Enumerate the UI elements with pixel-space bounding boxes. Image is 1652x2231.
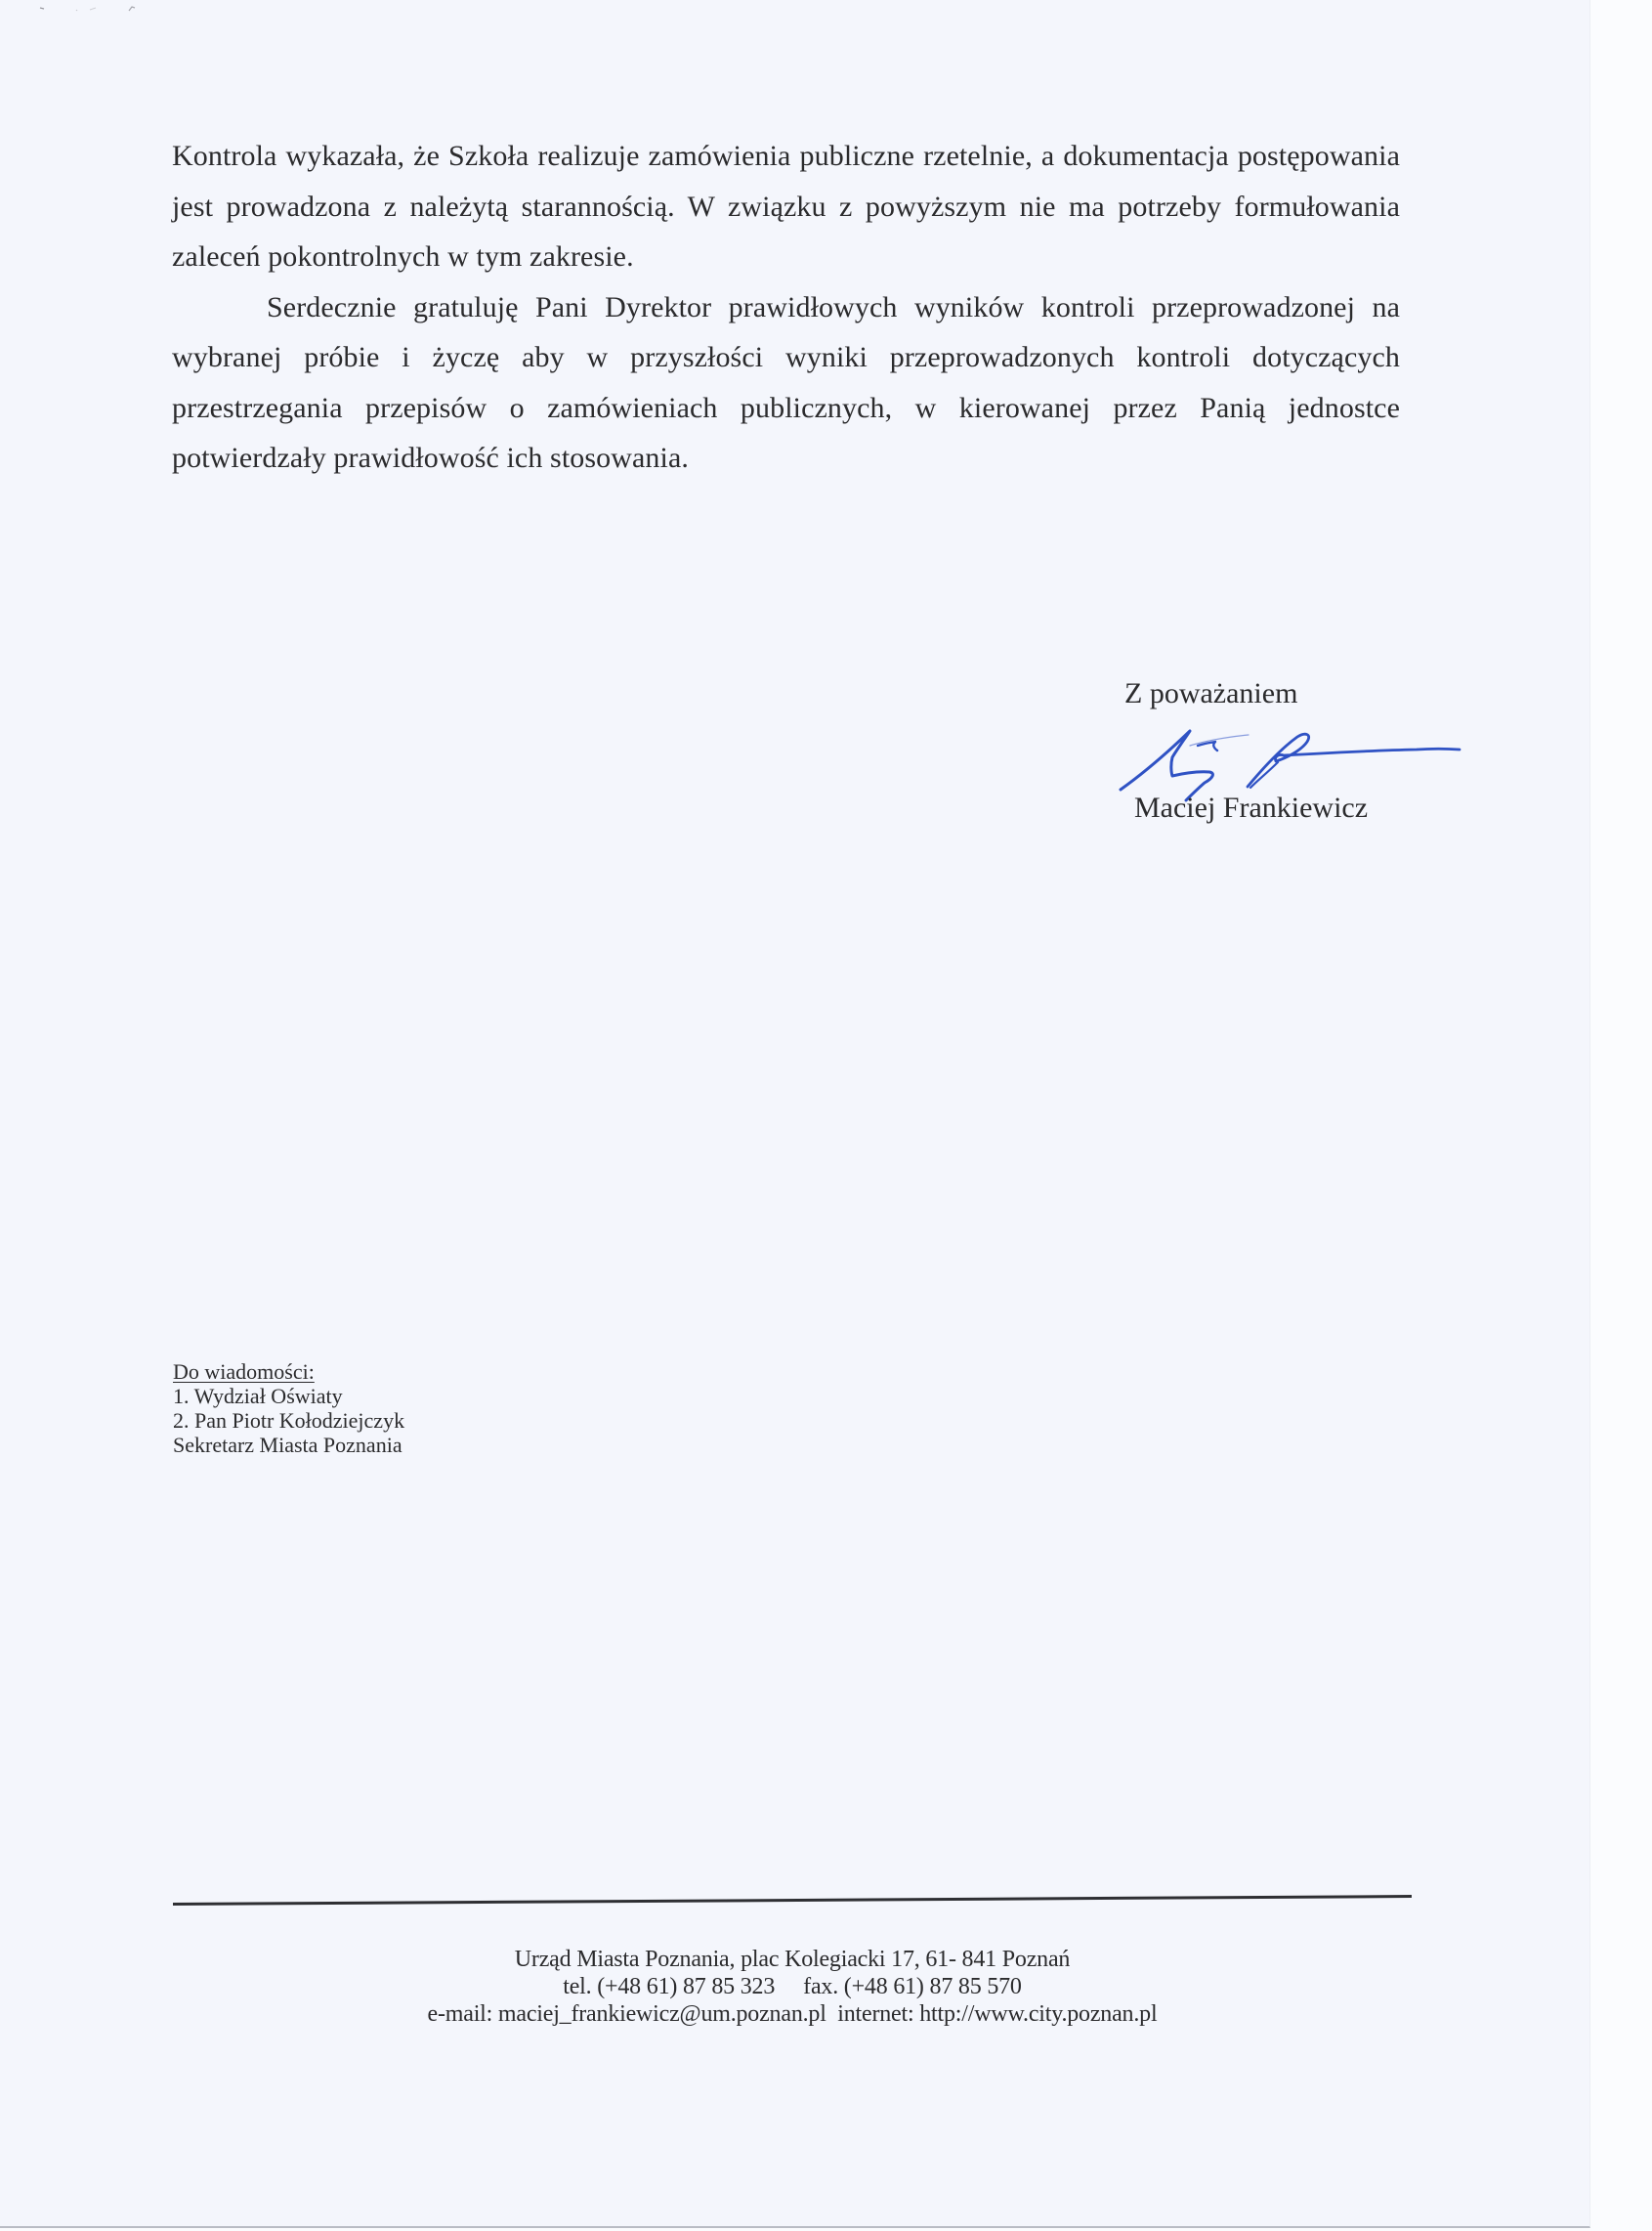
cc-item: Sekretarz Miasta Poznania: [173, 1433, 404, 1457]
paragraph-findings: Kontrola wykazała, że Szkoła realizuje z…: [172, 131, 1400, 282]
footer-divider: [173, 1895, 1412, 1906]
scan-artifact-marks: [39, 6, 137, 16]
cc-title: Do wiadomości:: [173, 1359, 404, 1384]
cc-item: 2. Pan Piotr Kołodziejczyk: [173, 1408, 404, 1433]
scanned-page: Kontrola wykazała, że Szkoła realizuje z…: [0, 0, 1590, 2228]
closing-salutation: Z poważaniem: [1124, 677, 1297, 710]
paragraph-congratulations: Serdecznie gratuluję Pani Dyrektor prawi…: [172, 282, 1400, 484]
cc-item: 1. Wydział Oświaty: [173, 1384, 404, 1408]
footer-phones: tel. (+48 61) 87 85 323 fax. (+48 61) 87…: [173, 1973, 1412, 2000]
letter-body: Kontrola wykazała, że Szkoła realizuje z…: [172, 131, 1400, 484]
letterhead-footer: Urząd Miasta Poznania, plac Kolegiacki 1…: [173, 1946, 1412, 2028]
handwritten-signature: [1094, 718, 1465, 801]
footer-contact: e-mail: maciej_frankiewicz@um.poznan.pl …: [173, 2000, 1412, 2028]
cc-distribution-list: Do wiadomości: 1. Wydział Oświaty 2. Pan…: [173, 1359, 404, 1457]
footer-address: Urząd Miasta Poznania, plac Kolegiacki 1…: [173, 1946, 1412, 1973]
signatory-name: Maciej Frankiewicz: [1134, 792, 1368, 825]
